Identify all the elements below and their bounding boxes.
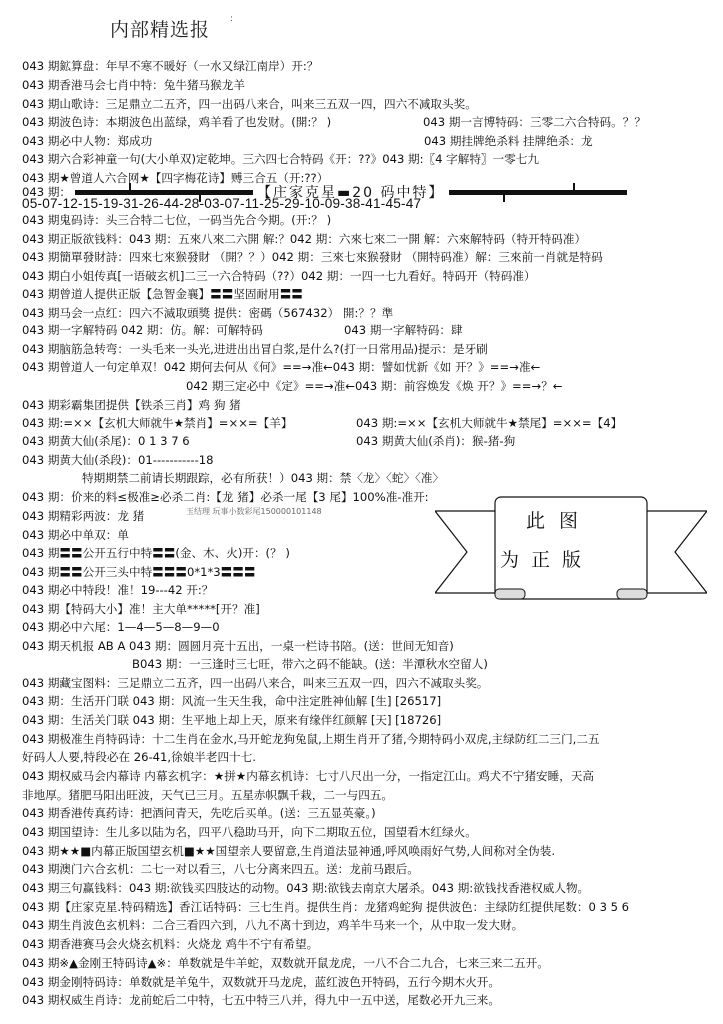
text-line: 043 期※▲金刚王特码诗▲※：单数就是牛羊蛇，双数就开鼠龙虎，一八不合二九合，… [22,955,549,971]
text-line: 非地厚。猪肥马阳出旺波，天气已三月。五星赤帜飘千栽，二一与四五。 [22,787,393,803]
text-line: 043 期天机报 AB A 043 期：圆圆月亮十五出，一桌一栏诗书陪。(送：世… [22,638,454,654]
text-line: 043 期极准生肖特码诗：十二生肖在金水,马开蛇龙狗兔鼠,上期生肖开了猪,今期特… [22,731,600,747]
text-line: 043 期【特码大小】准！主大单*****[开？准] [22,601,260,617]
text-line: 043 期〓〓公开三头中特〓〓〓0*1*3〓〓〓 [22,564,255,580]
text-line: 043 期三句赢钱料：043 期:欲钱买四肢达的动物。043 期:欲钱去南京大屠… [22,880,589,896]
stamp-text-line2: 为正版 [500,545,593,572]
text-line: 043 期：生活开门联 043 期：风流一生天生我，命中注定胜神仙解 [生] [… [22,693,441,709]
text-line: 043 期挂牌绝杀料 挂牌绝杀：龙 [424,133,593,149]
stamp-text-line1: 此图 [526,506,592,533]
text-line: 043 期生肖波色玄机料：二合三看四六到，八九不离十到边，鸡羊牛马来一个，从中取… [22,917,523,933]
text-line: 043 期彩霸集团提供【铁杀三肖】鸡 狗 猪 [22,397,241,413]
text-line: 043 期必中人物：郑成功 [22,133,152,149]
number-list: 05-07-12-15-19-31-26-44-28-03-07-11-25-2… [22,196,421,211]
text-line: 043 期曾道人提供正版【急智金襄】〓〓坚固耐用〓〓 [22,286,303,302]
text-line: 特期期禁二前请长期跟踪，必有所获！）043 期：禁〈龙〉〈蛇〉〈准〉 [82,470,444,486]
text-line: 043 期：生活关门联 043 期：生平地上却上天，原来有缘伴红颜解 [天] [… [22,712,441,728]
text-line: 好码人人要,特段必在 26-41,徐娘半老四十七. [22,749,256,765]
text-line: 043 期马会一点红：四六不滅取頭獎 提供：密碼（567432） 開:？？準 [22,305,393,321]
text-line: 043 期【庄家克星.特码精选】香江话特码：三七生肖。提供生肖：龙猪鸡蛇狗 提供… [22,899,629,915]
text-line: 043 期〓〓公开五行中特〓〓(金、木、火)开：(？ ) [22,545,290,561]
text-line: 043 期黄大仙(杀尾)：0 1 3 7 6 [22,433,190,449]
text-line: 043 期波色诗：本期波色出蓝绿，鸡羊看了也发财。(開:？ ) [22,114,331,130]
text-line: 043 期国望诗：生儿多以陆为名，四平八稳助马开，向下二期取五位，国望看木红绿火… [22,824,477,840]
text-line: 043 期簡單發財詩：四來七來猴發財 （開？？）042 期：三來七來猴發財 （開… [22,249,603,265]
text-line: 043 期★★■内幕正版国望玄机■★★国望亲人要留意,生肖道法显神通,呼风唤雨好… [22,843,555,859]
watermark: 玉结理 玩事小数彩尾150000101148 [186,506,322,517]
text-line: 043 期黄大仙(杀肖)：猴-猪-狗 [356,433,515,449]
text-line: 043 期山歌诗：三足鼎立二五齐，四一出码八来合，叫来三五双一四，四六不减取头奖… [22,96,477,112]
text-line: 043 期权威生肖诗：龙前蛇后二中特，七五中特三八并，得九中一五中送，尾数必开九… [22,992,500,1008]
title-mark: : [230,14,233,24]
text-line: 043 期必中特段！准！19---42 开:？ [22,582,213,598]
page-title: 内部精选报 [110,15,210,42]
text-line: 043 期六合彩神童一句(大小单双)定乾坤。三六四七合特码《开：??》043 期… [22,151,539,167]
text-line: 043 期金刚特码诗：单数就是羊兔牛，双数就开马龙虎，蓝红波色开特码，五行今期木… [22,974,500,990]
banner-bar-right [449,190,627,195]
text-line: 043 期黄大仙(杀段)：01-----------18 [22,452,214,468]
text-line: 043 期:=××【玄机大师就牛★禁尾】=××=【4】 [356,415,622,431]
text-line: 043 期精彩两波：龙 猪 [22,508,144,524]
text-line: 043 期香港传真药诗：把酒问青天，先吃后买单。(送：三五显英豪。) [22,805,376,821]
banner-bar-left [75,190,253,195]
text-line: 043 期脑筋急转弯：一头毛来一头光,进进出出冒白浆,是什么?(打一日常用品)提… [22,341,488,357]
text-line: 043 期必中单双：单 [22,527,129,543]
text-line: 043 期必中六尾：1—4—5—8—9—0 [22,619,220,635]
text-line: 043 期藏宝图料：三足鼎立二五齐，四一出码八来合，叫来三五双一四，四六不减取头… [22,675,488,691]
text-line: 043 期澳门六合玄机：二七一对以看三，八七分离来四五。送：龙前马跟后。 [22,861,419,877]
text-line: 043 期：价来的料≤极准≥必杀二肖:【龙 猪】必杀一尾【3 尾】100%准-准… [22,489,429,505]
text-line: 043 期:=××【玄机大师就牛★禁肖】=××=【羊】 [22,415,292,431]
text-line: 043 期一字解特码：肆 [344,322,463,338]
text-line: 043 期权威马会内幕诗 内幕玄机字：★拼★内幕玄机诗：七寸八尺出一分，一指定江… [22,768,594,784]
text-line: 042 期三定必中《定》==→准←043 期：前容焕发《焕 开？》==→？← [186,378,563,394]
text-line: B043 期：一三逢时三七旺，带六之码不能缺。(送：半潭秋水空留人) [132,656,488,672]
text-line: 043 期香港赛马会火烧玄机料：火烧龙 鸡牛不宁有希望。 [22,936,318,952]
text-line: 043 期白小姐传真[一语破玄机]二三一六合特码（??）042 期：一四一七九看… [22,268,536,284]
text-line: 043 期鉱算盘：年早不寒不暖好（一水又绿江南岸）开:？ [22,58,318,74]
text-line: 043 期鬼码诗：头三合特二七位，一码当先合今期。(开:？ ) [22,212,331,228]
text-line: 043 期香港马会七肖中特：兔牛猪马猴龙羊 [22,77,245,93]
text-line: 043 期一言博特码：三零二六合特码。？？ [423,114,646,130]
text-line: 043 期一字解特码 042 期：仿。解：可解特码 [22,322,263,338]
text-line: 043 期正版欲钱料：043 期：五來八來二六開 解:？042 期：六來七來二一… [22,231,586,247]
text-line: 043 期曾道人一句定单双！042 期何去何从《何》==→准←043 期：譬如忧… [22,359,540,375]
